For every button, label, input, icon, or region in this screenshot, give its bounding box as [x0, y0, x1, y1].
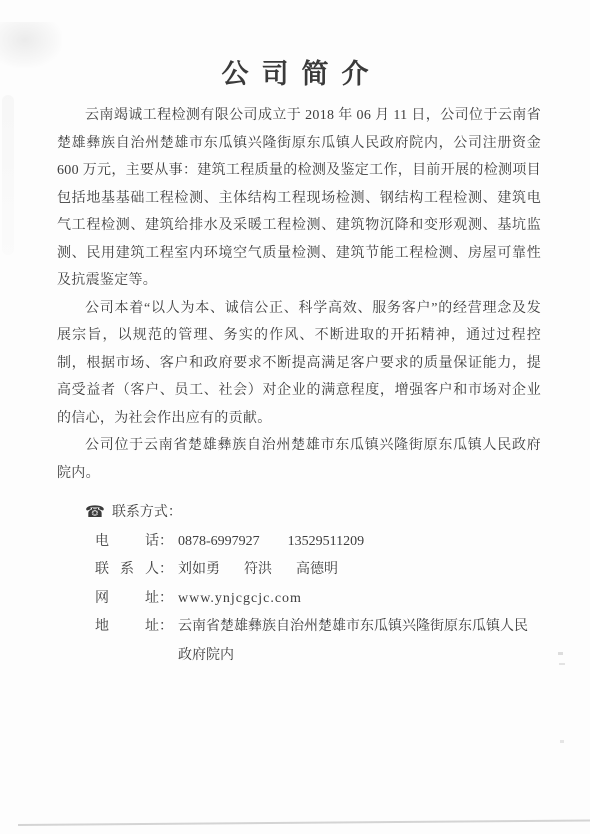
scan-mark-artifact	[559, 663, 565, 665]
phone-number-1: 0878-6997927	[178, 534, 260, 549]
contact-person-name: 刘如勇	[178, 562, 220, 577]
document-page: 公司简介 云南竭诚工程检测有限公司成立于 2018 年 06 月 11 日，公司…	[0, 0, 590, 834]
phone-label: 电话	[95, 528, 159, 557]
paragraph-location: 公司位于云南省楚雄彝族自治州楚雄市东瓜镇兴隆街原东瓜镇人民政府院内。	[57, 432, 541, 487]
address-value: 云南省楚雄彝族自治州楚雄市东瓜镇兴隆街原东瓜镇人民政府院内	[178, 613, 541, 670]
contact-heading-label: 联系方式：	[112, 499, 182, 528]
contact-row-person: 联系人： 刘如勇符洪高德明	[95, 556, 541, 585]
contact-person-value: 刘如勇符洪高德明	[178, 556, 541, 585]
scan-mark-artifact	[560, 740, 564, 743]
phone-value: 0878-699792713529511209	[178, 528, 541, 557]
document-body: 云南竭诚工程检测有限公司成立于 2018 年 06 月 11 日，公司位于云南省…	[57, 102, 541, 670]
contact-row-address: 地址： 云南省楚雄彝族自治州楚雄市东瓜镇兴隆街原东瓜镇人民政府院内	[95, 613, 541, 670]
scan-mark-artifact	[558, 652, 563, 655]
scan-edge-line	[18, 819, 590, 825]
contact-person-label: 联系人	[95, 556, 159, 585]
phone-number-2: 13529511209	[288, 534, 364, 549]
address-label: 地址	[95, 613, 159, 642]
page-title: 公司简介	[0, 52, 590, 91]
telephone-icon: ☎	[85, 499, 105, 528]
contact-row-phone: 电话： 0878-699792713529511209	[95, 528, 541, 557]
contact-row-website: 网址： www.ynjcgcjc.com	[95, 585, 541, 614]
contact-person-name: 符洪	[244, 562, 272, 577]
label-colon: ：	[159, 528, 173, 557]
contact-heading: ☎ 联系方式：	[85, 499, 541, 528]
label-colon: ：	[159, 556, 173, 585]
paragraph-philosophy: 公司本着“以人为本、诚信公正、科学高效、服务客户”的经营理念及发展宗旨，以规范的…	[57, 295, 541, 433]
label-colon: ：	[159, 585, 173, 614]
contact-section: ☎ 联系方式： 电话： 0878-699792713529511209 联系人：…	[57, 499, 541, 670]
website-label: 网址	[95, 585, 159, 614]
label-colon: ：	[159, 613, 173, 642]
contact-person-name: 高德明	[296, 562, 338, 577]
scan-streak-artifact	[2, 95, 14, 255]
website-value: www.ynjcgcjc.com	[178, 585, 541, 614]
paragraph-company-intro: 云南竭诚工程检测有限公司成立于 2018 年 06 月 11 日，公司位于云南省…	[57, 102, 541, 295]
scan-smudge-artifact	[0, 22, 62, 68]
